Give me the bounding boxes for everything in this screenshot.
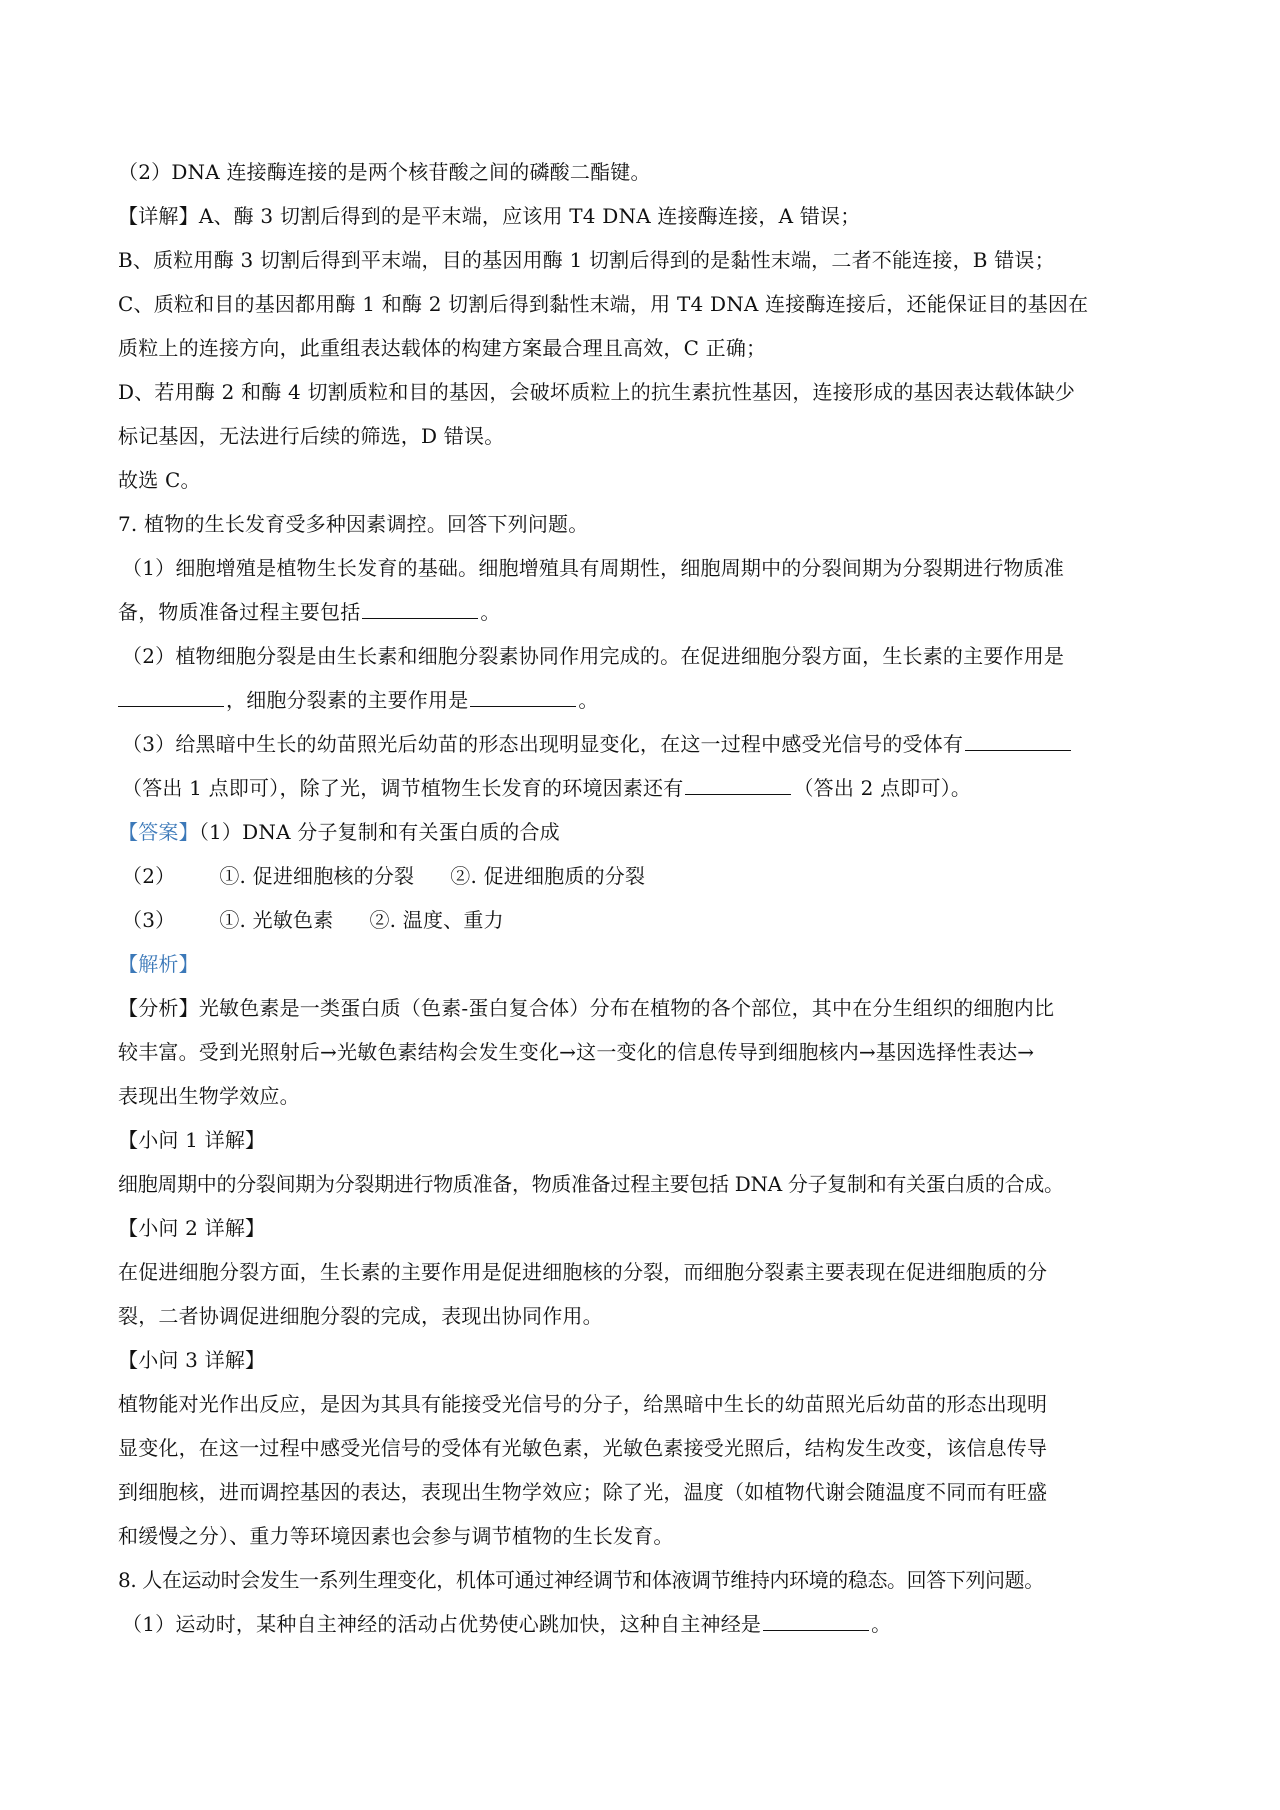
sub3-label: 【小问 3 详解】: [118, 1338, 1178, 1382]
fenxi-line2: 较丰富。受到光照射后→光敏色素结构会发生变化→这一变化的信息传导到细胞核内→基因…: [118, 1030, 1178, 1074]
fenxi-text1: 光敏色素是一类蛋白质（色素-蛋白复合体）分布在植物的各个部位，其中在分生组织的细…: [199, 996, 1054, 1020]
q7-part1-end: 。: [480, 600, 500, 624]
q7-part1-line2: 备，物质准备过程主要包括。: [118, 590, 1178, 634]
answer-3-num: （3）: [122, 908, 175, 932]
detail-label: 【详解】: [118, 204, 199, 228]
q8-stem: 8. 人在运动时会发生一系列生理变化，机体可通过神经调节和体液调节维持内环境的稳…: [118, 1558, 1178, 1602]
detail-a-text: A、酶 3 切割后得到的是平末端，应该用 T4 DNA 连接酶连接，A 错误；: [199, 204, 861, 228]
q7-part2-line2: ，细胞分裂素的主要作用是。: [118, 678, 1178, 722]
q7-part3-end: （答出 2 点即可）。: [793, 776, 971, 800]
answer-blank-2: [118, 684, 224, 707]
prev-point-2: （2）DNA 连接酶连接的是两个核苷酸之间的磷酸二酯键。: [118, 150, 1178, 194]
prev-detail-b: B、质粒用酶 3 切割后得到平末端，目的基因用酶 1 切割后得到的是黏性末端，二…: [118, 238, 1178, 282]
fenxi-line1: 【分析】光敏色素是一类蛋白质（色素-蛋白复合体）分布在植物的各个部位，其中在分生…: [118, 986, 1178, 1030]
prev-detail-c-line1: C、质粒和目的基因都用酶 1 和酶 2 切割后得到黏性末端，用 T4 DNA 连…: [118, 282, 1178, 326]
q8-part1-end: 。: [871, 1612, 891, 1636]
sub2-line2: 裂，二者协调促进细胞分裂的完成，表现出协同作用。: [118, 1294, 1178, 1338]
analysis-label: 【解析】: [118, 942, 1178, 986]
q7-answer-line3: （3）①. 光敏色素②. 温度、重力: [118, 898, 1178, 942]
q7-part3-text2: （答出 1 点即可），除了光，调节植物生长发育的环境因素还有: [122, 776, 683, 800]
answer-label: 【答案】: [118, 820, 199, 844]
q7-part3-line1: （3）给黑暗中生长的幼苗照光后幼苗的形态出现明显变化，在这一过程中感受光信号的受…: [118, 722, 1178, 766]
prev-detail-d-line1: D、若用酶 2 和酶 4 切割质粒和目的基因，会破坏质粒上的抗生素抗性基因，连接…: [118, 370, 1178, 414]
document-page: （2）DNA 连接酶连接的是两个核苷酸之间的磷酸二酯键。 【详解】A、酶 3 切…: [118, 150, 1178, 1646]
q8-part1-text: （1）运动时，某种自主神经的活动占优势使心跳加快，这种自主神经是: [122, 1612, 761, 1636]
q7-stem: 7. 植物的生长发育受多种因素调控。回答下列问题。: [118, 502, 1178, 546]
prev-detail-c-line2: 质粒上的连接方向，此重组表达载体的构建方案最合理且高效，C 正确；: [118, 326, 1178, 370]
answer-blank-1: [362, 596, 478, 619]
sub2-label: 【小问 2 详解】: [118, 1206, 1178, 1250]
q7-part1-text: 备，物质准备过程主要包括: [118, 600, 360, 624]
prev-detail-a: 【详解】A、酶 3 切割后得到的是平末端，应该用 T4 DNA 连接酶连接，A …: [118, 194, 1178, 238]
fenxi-line3: 表现出生物学效应。: [118, 1074, 1178, 1118]
q7-answer-line1: 【答案】（1）DNA 分子复制和有关蛋白质的合成: [118, 810, 1178, 854]
answer-3-b: ②. 温度、重力: [369, 908, 503, 932]
q7-part3-text: （3）给黑暗中生长的幼苗照光后幼苗的形态出现明显变化，在这一过程中感受光信号的受…: [122, 732, 963, 756]
sub2-line1: 在促进细胞分裂方面，生长素的主要作用是促进细胞核的分裂，而细胞分裂素主要表现在促…: [118, 1250, 1178, 1294]
prev-detail-d-line2: 标记基因，无法进行后续的筛选，D 错误。: [118, 414, 1178, 458]
sub3-line1: 植物能对光作出反应，是因为其具有能接受光信号的分子，给黑暗中生长的幼苗照光后幼苗…: [118, 1382, 1178, 1426]
fenxi-label: 【分析】: [118, 996, 199, 1020]
q8-part1: （1）运动时，某种自主神经的活动占优势使心跳加快，这种自主神经是。: [118, 1602, 1178, 1646]
sub1-label: 【小问 1 详解】: [118, 1118, 1178, 1162]
answer-2-a: ①. 促进细胞核的分裂: [219, 864, 414, 888]
q7-answer-line2: （2）①. 促进细胞核的分裂②. 促进细胞质的分裂: [118, 854, 1178, 898]
q7-part2-end: 。: [578, 688, 598, 712]
answer-blank-6: [763, 1608, 869, 1631]
answer-2-b: ②. 促进细胞质的分裂: [450, 864, 645, 888]
answer-3-a: ①. 光敏色素: [219, 908, 333, 932]
answer-blank-5: [685, 772, 791, 795]
q7-part2-mid: ，细胞分裂素的主要作用是: [226, 688, 468, 712]
q7-part2-line1: （2）植物细胞分裂是由生长素和细胞分裂素协同作用完成的。在促进细胞分裂方面，生长…: [118, 634, 1178, 678]
answer-blank-4: [965, 728, 1071, 751]
q7-part3-line2: （答出 1 点即可），除了光，调节植物生长发育的环境因素还有（答出 2 点即可）…: [118, 766, 1178, 810]
answer-blank-3: [470, 684, 576, 707]
answer-2-num: （2）: [122, 864, 175, 888]
sub1-text: 细胞周期中的分裂间期为分裂期进行物质准备，物质准备过程主要包括 DNA 分子复制…: [118, 1162, 1178, 1206]
answer-1: （1）DNA 分子复制和有关蛋白质的合成: [199, 820, 560, 844]
sub3-line4: 和缓慢之分）、重力等环境因素也会参与调节植物的生长发育。: [118, 1514, 1178, 1558]
prev-conclusion: 故选 C。: [118, 458, 1178, 502]
sub3-line2: 显变化，在这一过程中感受光信号的受体有光敏色素，光敏色素接受光照后，结构发生改变…: [118, 1426, 1178, 1470]
sub3-line3: 到细胞核，进而调控基因的表达，表现出生物学效应；除了光，温度（如植物代谢会随温度…: [118, 1470, 1178, 1514]
q7-part1-line1: （1）细胞增殖是植物生长发育的基础。细胞增殖具有周期性，细胞周期中的分裂间期为分…: [118, 546, 1178, 590]
